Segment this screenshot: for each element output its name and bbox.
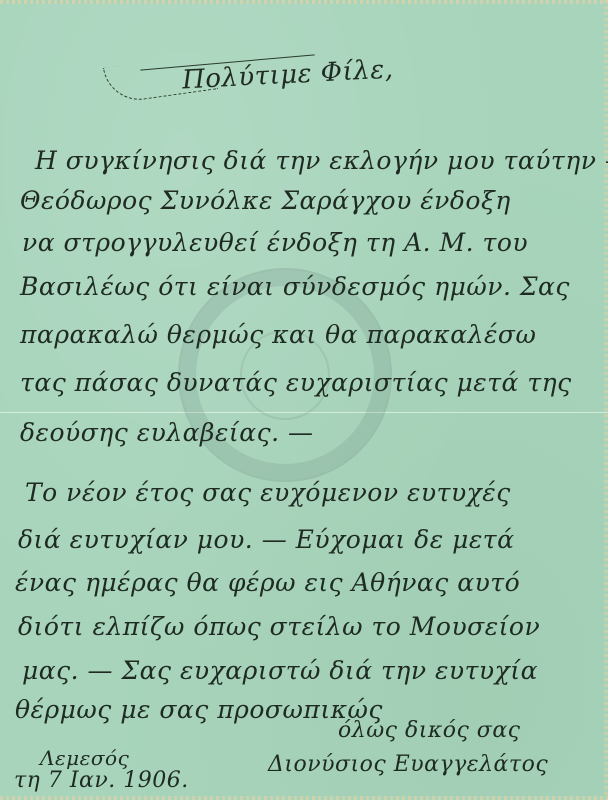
perforated-edge-right (604, 0, 608, 800)
body-line: τας πάσας δυνατάς ευχαριστίας μετά της (20, 368, 572, 397)
body-line: Βασιλέως ότι είναι σύνδεσμός ημών. Σας (20, 272, 570, 301)
letter-card: Πολύτιμε Φίλε, Η συγκίνησις διά την εκλο… (0, 0, 608, 800)
body-line: ένας ημέρας θα φέρω εις Αθήνας αυτό (15, 568, 520, 597)
body-line: δεούσης ευλαβείας. — (20, 418, 314, 447)
body-line: παρακαλώ θερμώς και θα παρακαλέσω (20, 320, 536, 349)
letter-date: τη 7 Ιαν. 1906. (14, 768, 189, 793)
signature: Διονύσιος Ευαγγελάτος (268, 752, 548, 777)
perforated-edge-bottom (0, 796, 608, 800)
body-line: Η συγκίνησις διά την εκλογήν μου ταύτην … (35, 146, 608, 175)
perforated-edge-top (0, 0, 608, 4)
body-line: Το νέον έτος σας ευχόμενον ευτυχές (25, 478, 511, 507)
body-line: να στρογγυλευθεί ένδοξη τη Α. Μ. του (22, 228, 528, 257)
body-line: διότι ελπίζω όπως στείλω το Μουσείον (18, 612, 540, 641)
closing-phrase: όλως δικός σας (338, 718, 521, 743)
body-line: Θεόδωρος Συνόλκε Σαράγχου ένδοξη (20, 186, 511, 215)
body-line: μας. — Σας ευχαριστώ διά την ευτυχία (22, 656, 538, 685)
body-line: διά ευτυχίαν μου. — Εύχομαι δε μετά (18, 525, 514, 554)
place-of-writing: Λεμεσός (40, 746, 129, 770)
body-line: θέρμως με σας προσωπικώς (15, 695, 383, 724)
